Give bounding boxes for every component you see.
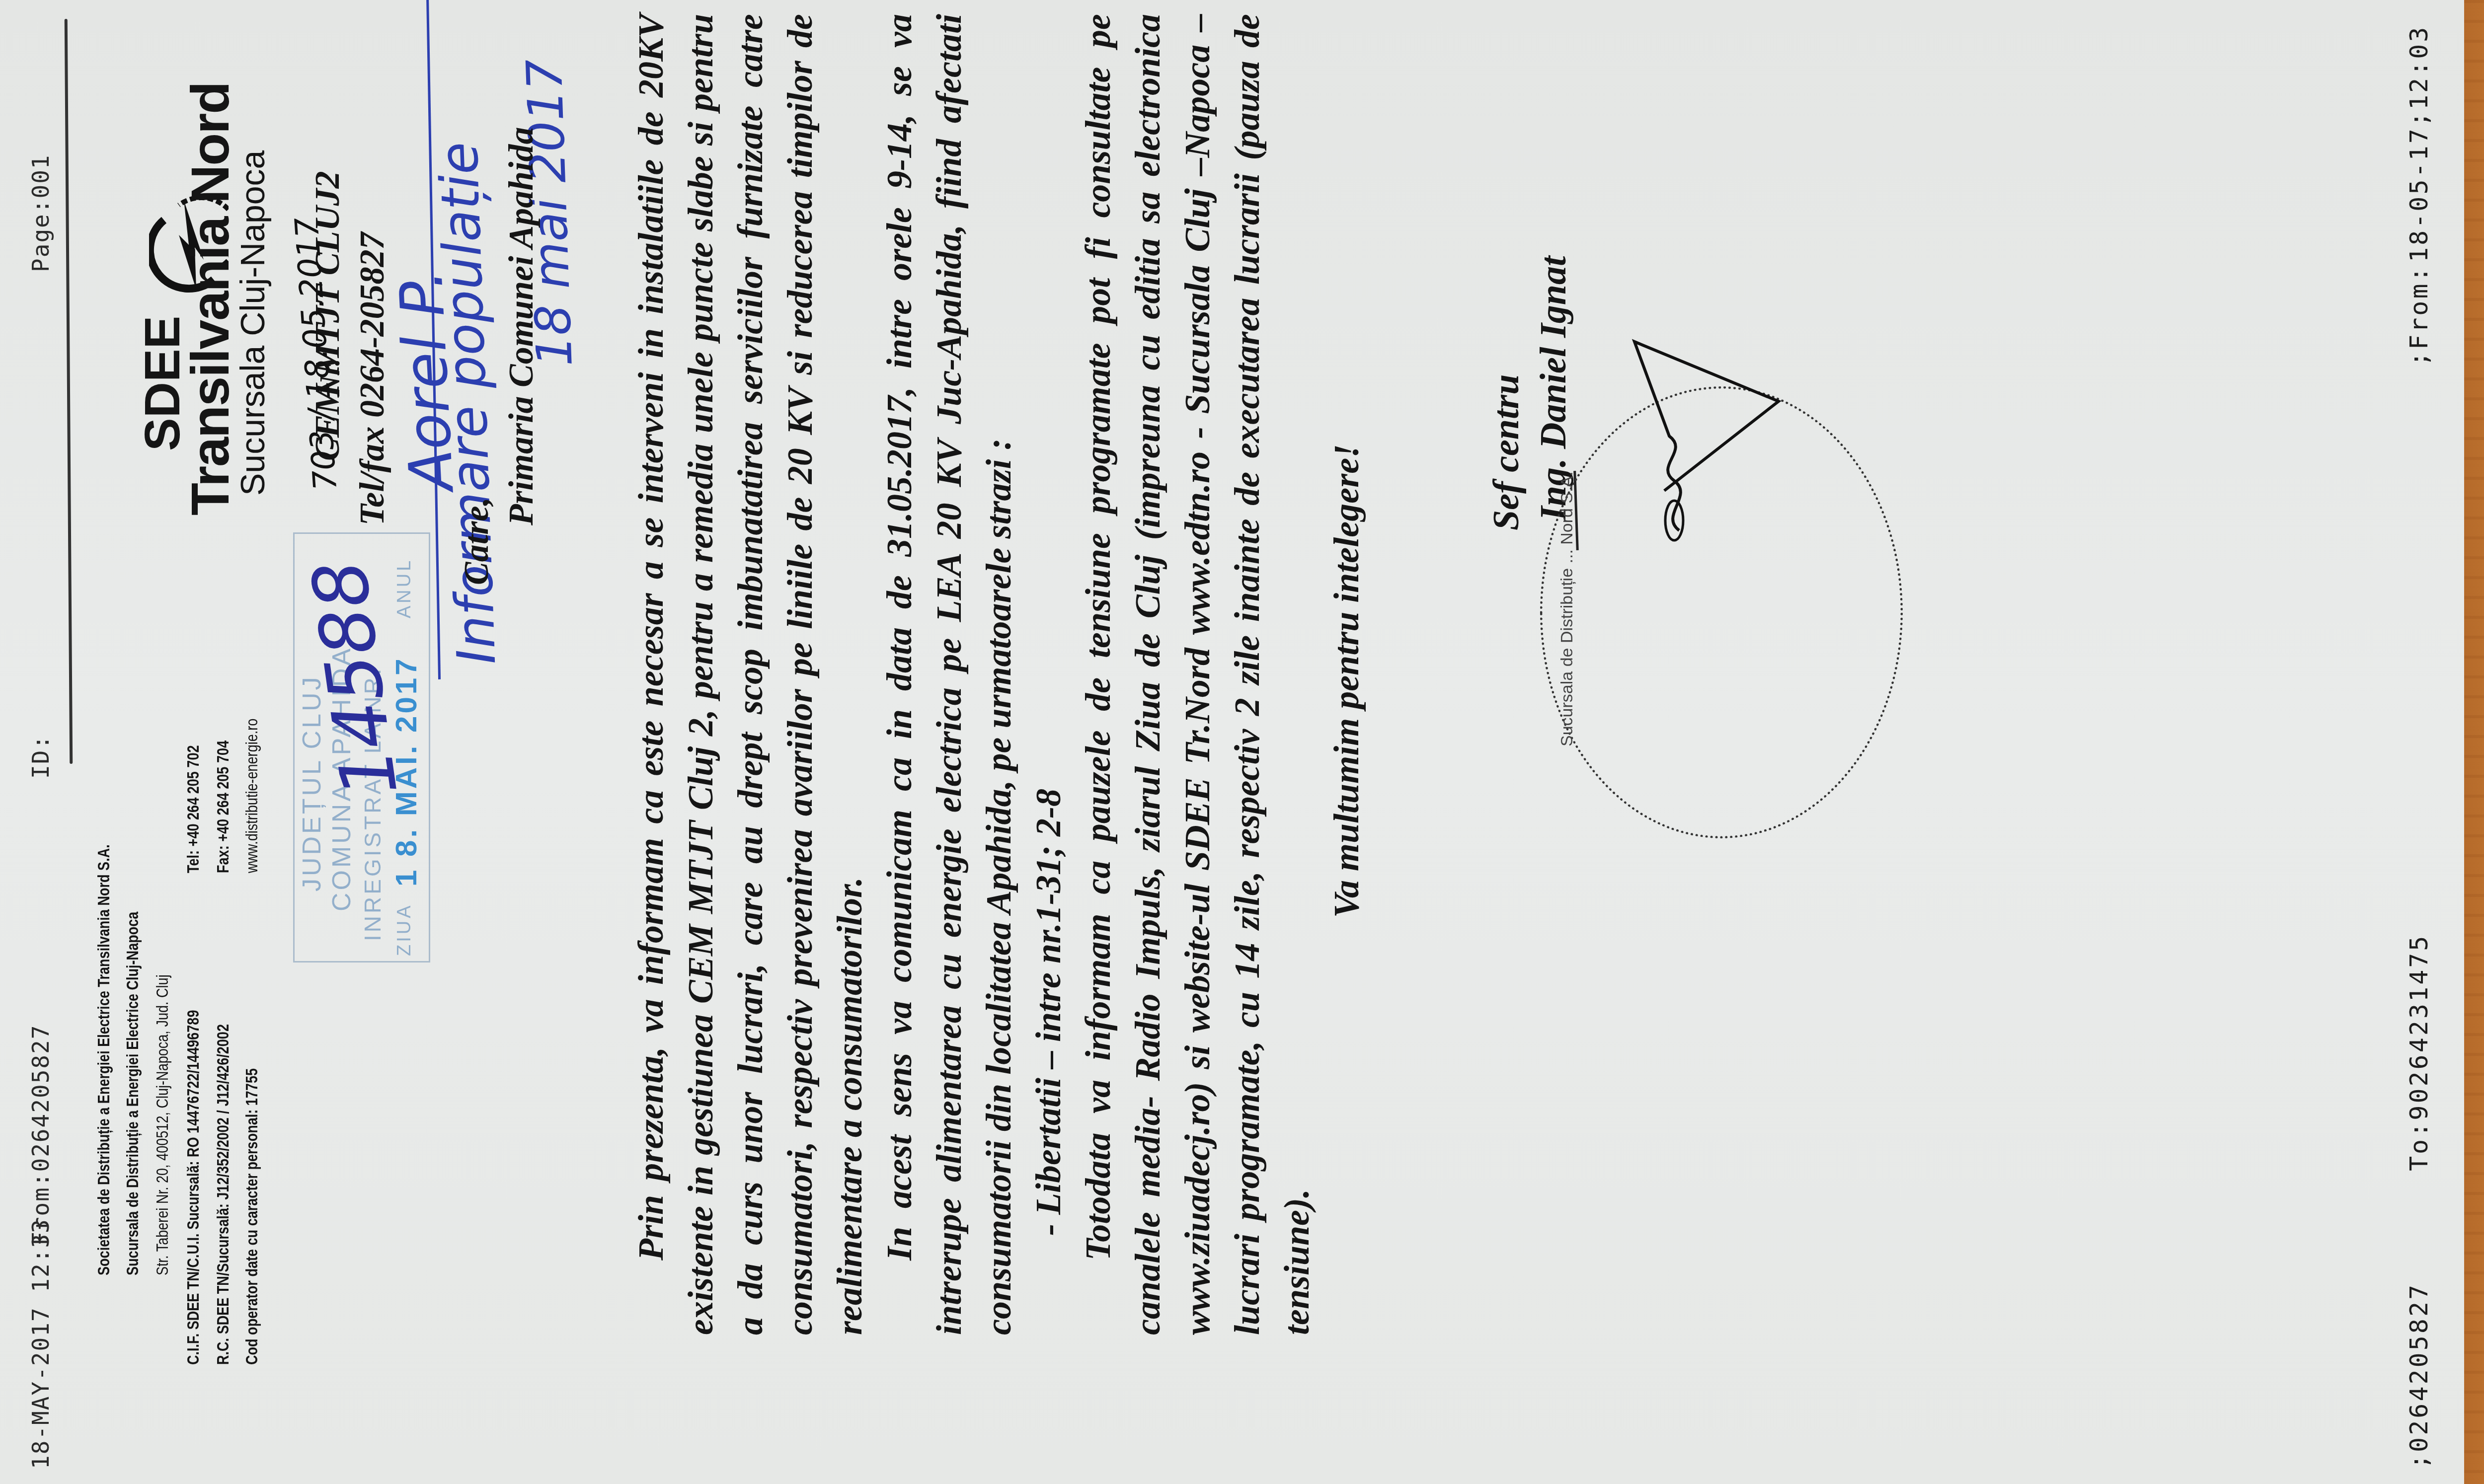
fax-footer-to: To:90264231475: [2405, 934, 2433, 1171]
fax-header-from: From:0264205827: [27, 1025, 54, 1246]
fax-footer-number: ;0264205827: [2405, 1283, 2433, 1469]
fax-header-rule: [65, 19, 73, 764]
brand-branch: Sucursala Cluj-Napoca: [233, 150, 272, 496]
handwritten-signature-icon: [457, 0, 462, 4]
fax-header-datetime: 18-MAY-2017 12:33: [27, 1218, 54, 1469]
stamp-year-label: ANUL: [394, 558, 415, 618]
company-operator-code: Cod operator date cu caracter personal: …: [242, 1068, 261, 1365]
fax-footer-from: ;From:: [2405, 265, 2433, 367]
company-rc: R.C. SDEE TN/Sucursală: J12/352/2002 / J…: [214, 1024, 233, 1365]
recipient-label: Catre,: [457, 497, 497, 585]
recipient-name: Primaria Comunei Apahida: [502, 127, 542, 525]
handwritten-signature-icon: [1620, 322, 1788, 550]
round-stamp-text: Sucursala de Distribuție ... Nord S.A.: [1557, 471, 1577, 746]
company-website: www.distributie-energie.ro: [242, 719, 261, 873]
body-paragraph-1: Prin prezenta, va informam ca este neces…: [626, 14, 874, 1335]
company-cif: C.I.F. SDEE TN/C.U.I. Sucursală: RO 1447…: [184, 1010, 203, 1365]
body-closing: Va multumim pentru intelegere!: [1321, 14, 1371, 1335]
company-address: Str. Taberei Nr. 20, 400512, Cluj-Napoca…: [153, 974, 172, 1275]
handwritten-instruction: Informare populație: [428, 141, 508, 666]
signature-title: Sef centru: [1485, 374, 1528, 531]
branch-name: Sucursala de Distribuție a Energiei Elec…: [123, 912, 142, 1275]
wooden-table-surface: [2464, 0, 2484, 1484]
company-tel: Tel: +40 264 205 702: [184, 745, 203, 873]
company-fax: Fax: +40 264 205 704: [214, 741, 233, 873]
fax-header-id: ID:: [27, 735, 54, 779]
stamp-day-label: ZIUA: [394, 903, 415, 956]
street-list-item: - Libertatii – intre nr.1-31; 2-8: [1023, 14, 1073, 1335]
fax-header-page: Page:001: [27, 154, 54, 272]
letter-body: Prin prezenta, va informam ca este neces…: [626, 14, 1371, 1335]
company-name: Societatea de Distribuție a Energiei Ele…: [94, 844, 113, 1275]
fax-document-page: Page:001 ID: From:0264205827 18-MAY-2017…: [0, 0, 2464, 1484]
registration-stamp: JUDEȚUL CLUJ COMUNA APAHIDA INREGISTRAT …: [293, 532, 430, 963]
body-paragraph-3: Totodata va informam ca pauzele de tensi…: [1073, 14, 1321, 1335]
brand-transilvania-nord: Transilvania Nord: [179, 82, 241, 516]
fax-footer-datetime: 18-05-17;12:03: [2405, 25, 2433, 262]
body-paragraph-2: In acest sens va comunicam ca in data de…: [874, 14, 1023, 1335]
